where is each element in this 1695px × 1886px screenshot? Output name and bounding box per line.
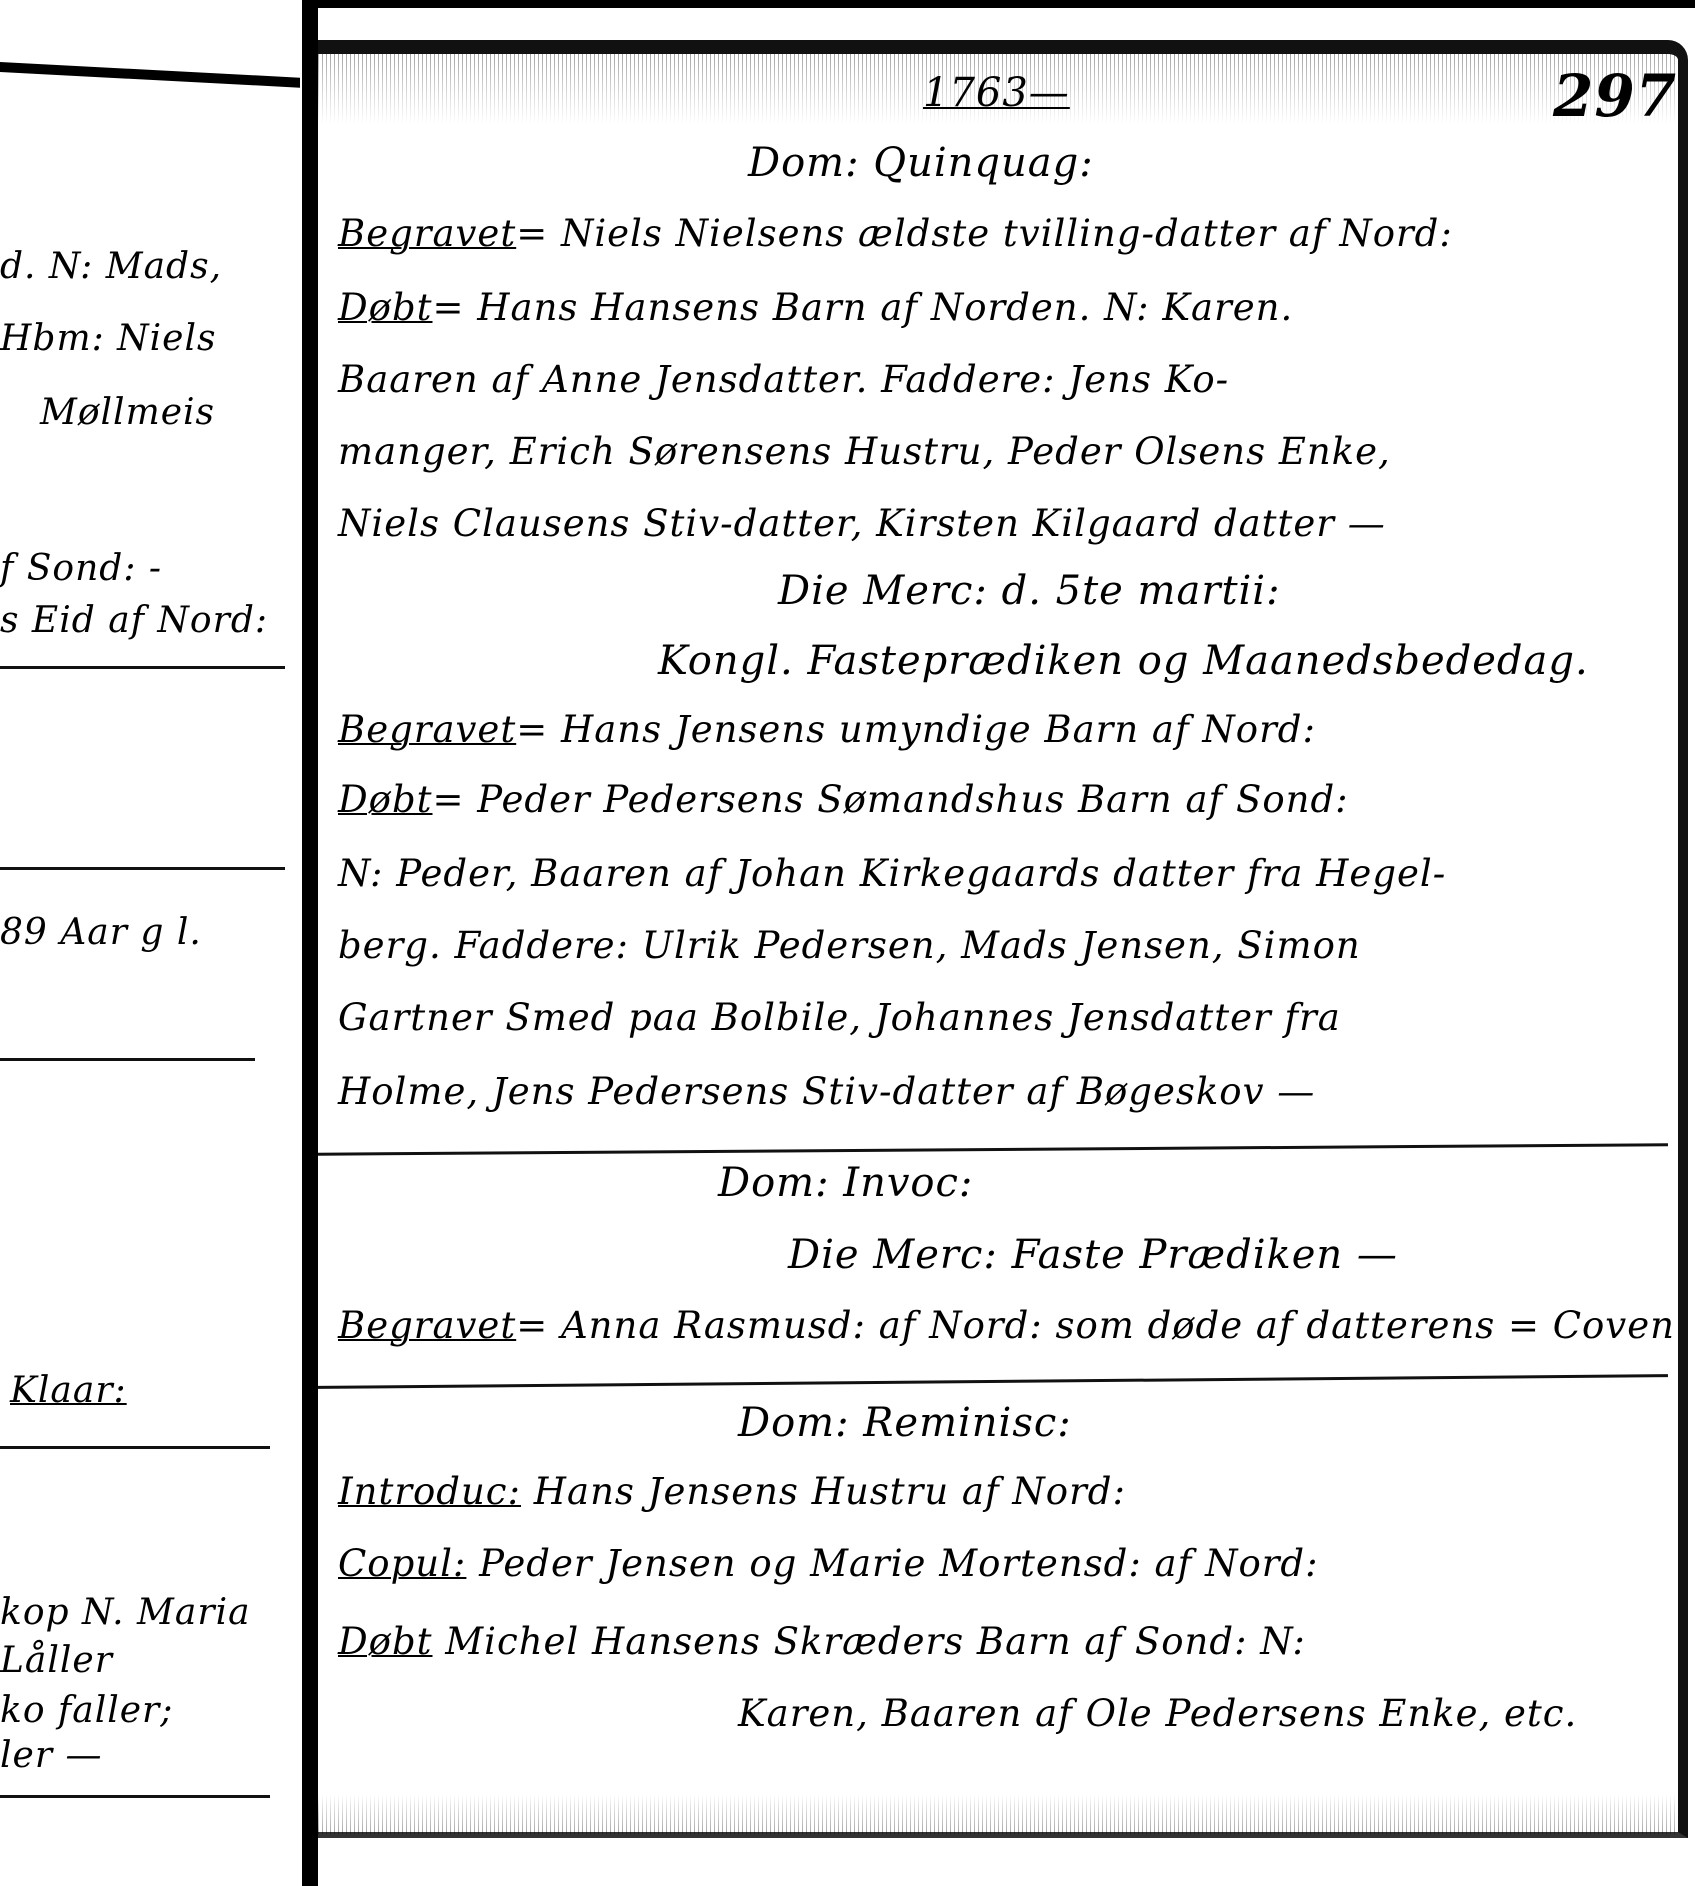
section-subheading: Die Merc: Faste Prædiken — — [788, 1232, 1398, 1278]
entry-label: Døbt — [338, 778, 433, 821]
book-spine — [302, 0, 318, 1886]
register-entry: Begravet= Anna Rasmusd: af Nord: som død… — [338, 1304, 1675, 1347]
section-heading: Dom: Invoc: — [718, 1160, 973, 1206]
entry-label: Begravet — [338, 1304, 516, 1347]
entry-text: = Niels Nielsens ældste tvilling-datter … — [516, 212, 1453, 255]
ruled-line — [0, 1446, 270, 1449]
entry-label: Døbt — [338, 286, 433, 329]
register-entry-continued: Gartner Smed paa Bolbile, Johannes Jensd… — [338, 996, 1341, 1039]
left-fragment: 89 Aar g l. — [0, 912, 202, 953]
ruled-line — [0, 867, 285, 870]
register-entry: Introduc: Hans Jensens Hustru af Nord: — [338, 1470, 1126, 1513]
entry-text: Peder Jensen og Marie Mortensd: af Nord: — [479, 1542, 1318, 1585]
left-fragment: s Eid af Nord: — [0, 600, 268, 641]
ruled-line — [0, 1058, 255, 1061]
section-subheading: Kongl. Fasteprædiken og Maanedsbededag. — [658, 638, 1589, 684]
register-entry: Døbt= Hans Hansens Barn af Norden. N: Ka… — [338, 286, 1293, 329]
left-fragment: ko faller; — [0, 1690, 173, 1731]
section-heading: Die Merc: d. 5te martii: — [778, 568, 1281, 614]
register-entry-continued: Karen, Baaren af Ole Pedersens Enke, etc… — [738, 1692, 1577, 1735]
register-entry: Døbt Michel Hansens Skræders Barn af Son… — [338, 1620, 1306, 1663]
page-number: 297 — [1553, 62, 1677, 130]
entry-text: = Hans Jensens umyndige Barn af Nord: — [516, 708, 1316, 751]
left-fragment: ler — — [0, 1735, 102, 1776]
entry-label: Introduc: — [338, 1470, 521, 1513]
left-fragment: d. N: Mads, — [0, 246, 222, 287]
register-entry: Begravet= Niels Nielsens ældste tvilling… — [338, 212, 1453, 255]
page-grain-bottom — [318, 1794, 1678, 1834]
entry-text: = Hans Hansens Barn af Norden. N: Karen. — [433, 286, 1294, 329]
register-entry-continued: N: Peder, Baaren af Johan Kirkegaards da… — [338, 852, 1446, 895]
section-heading: Dom: Reminisc: — [738, 1400, 1072, 1446]
left-page-top-edge — [0, 0, 300, 88]
left-fragment: kop N. Maria — [0, 1592, 251, 1633]
entry-text: = Peder Pedersens Sømandshus Barn af Son… — [433, 778, 1349, 821]
left-fragment: f Sond: - — [0, 548, 162, 589]
year-heading: 1763— — [923, 70, 1070, 116]
entry-text: Hans Jensens Hustru af Nord: — [534, 1470, 1126, 1513]
left-page: d. N: Mads, Hbm: Niels Møllmeis f Sond: … — [0, 0, 318, 1886]
register-entry-continued: Holme, Jens Pedersens Stiv-datter af Bøg… — [338, 1070, 1315, 1113]
left-fragment: Hbm: Niels — [0, 318, 216, 359]
entry-text: Michel Hansens Skræders Barn af Sond: N: — [445, 1620, 1306, 1663]
ruled-line — [0, 1795, 270, 1798]
entry-label: Begravet — [338, 212, 516, 255]
register-entry-continued: Niels Clausens Stiv-datter, Kirsten Kilg… — [338, 502, 1386, 545]
register-entry-continued: manger, Erich Sørensens Hustru, Peder Ol… — [338, 430, 1391, 473]
right-page: 1763— 297 Dom: Quinquag: Begravet= Niels… — [318, 40, 1688, 1840]
register-entry: Begravet= Hans Jensens umyndige Barn af … — [338, 708, 1316, 751]
register-entry-continued: Baaren af Anne Jensdatter. Faddere: Jens… — [338, 358, 1229, 401]
left-fragment: Møllmeis — [40, 392, 215, 433]
ruled-line — [0, 666, 285, 669]
register-entry: Døbt= Peder Pedersens Sømandshus Barn af… — [338, 778, 1349, 821]
left-fragment: Klaar: — [10, 1370, 127, 1411]
entry-label: Copul: — [338, 1542, 466, 1585]
register-entry: Copul: Peder Jensen og Marie Mortensd: a… — [338, 1542, 1319, 1585]
section-heading: Dom: Quinquag: — [748, 140, 1094, 186]
entry-text: = Anna Rasmusd: af Nord: som døde af dat… — [516, 1304, 1675, 1347]
entry-label: Begravet — [338, 708, 516, 751]
register-entry-continued: berg. Faddere: Ulrik Pedersen, Mads Jens… — [338, 924, 1361, 967]
entry-label: Døbt — [338, 1620, 433, 1663]
left-fragment: Låller — [0, 1640, 113, 1681]
